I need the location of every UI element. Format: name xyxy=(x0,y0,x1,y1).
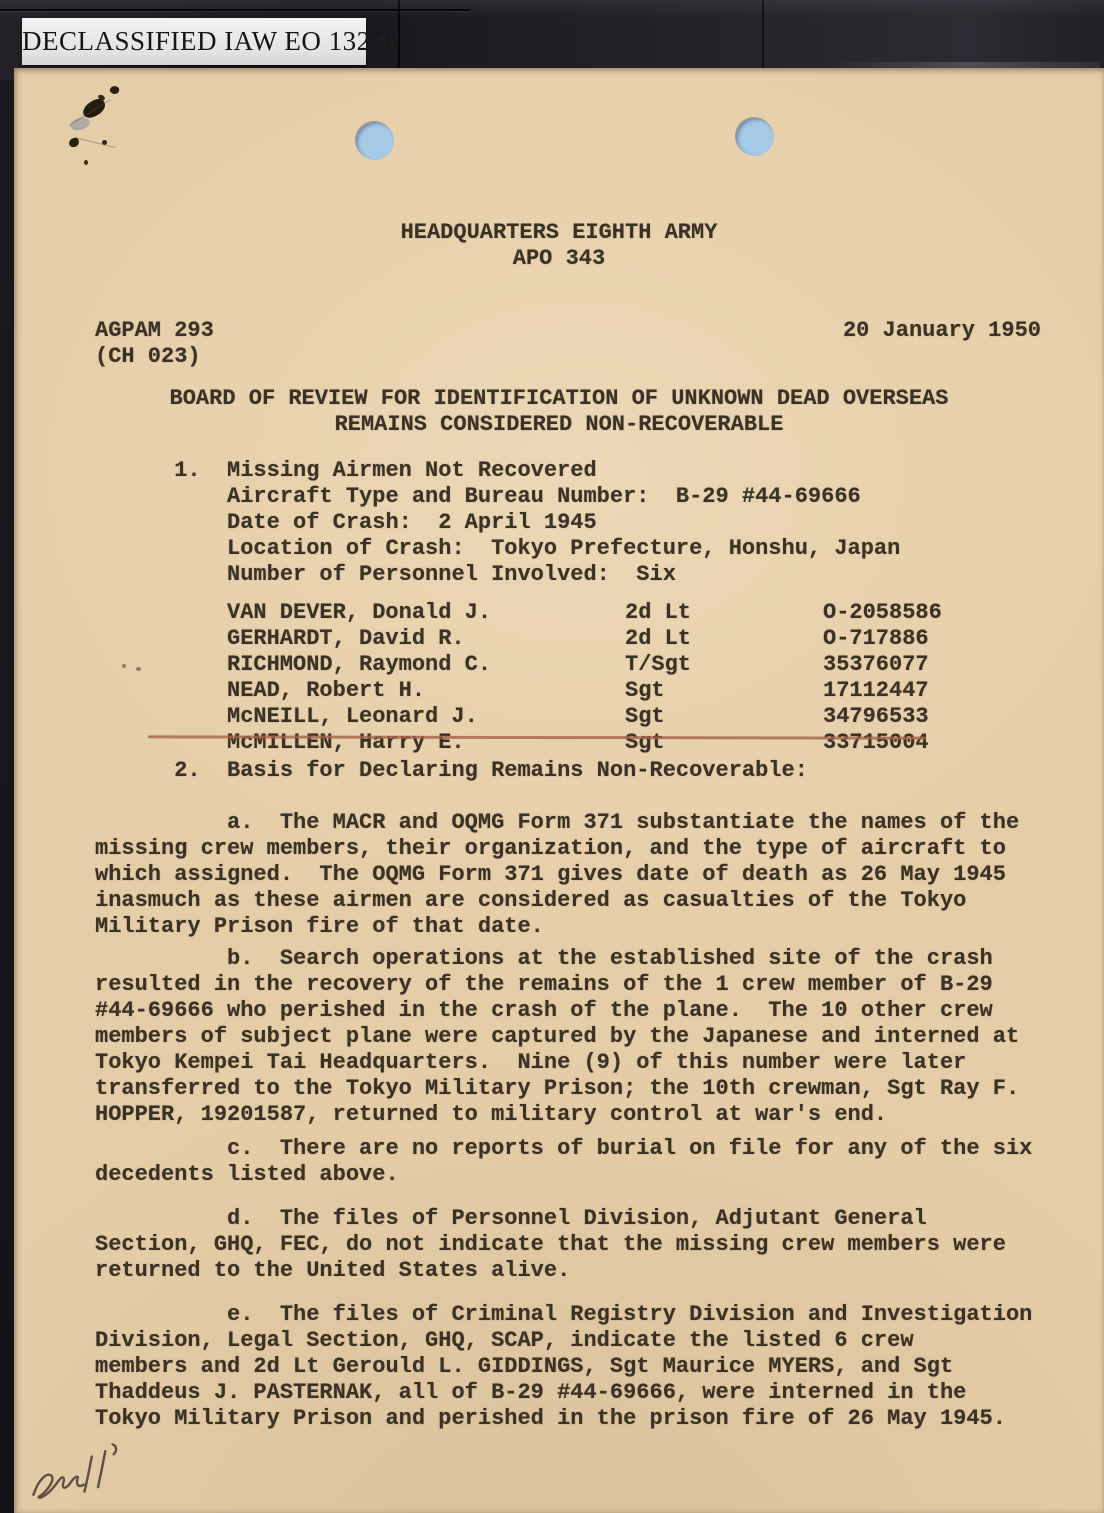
file-reference-line1: AGPAM 293 xyxy=(95,318,214,344)
section-2-title: 2. Basis for Declaring Remains Non-Recov… xyxy=(95,758,808,784)
personnel-serial: 17112447 xyxy=(823,678,1055,704)
section-1-text: 1. Missing Airmen Not Recovered Aircraft… xyxy=(95,458,900,588)
paragraph-d: d. The files of Personnel Division, Adju… xyxy=(95,1206,1006,1284)
paragraph-e: e. The files of Criminal Registry Divisi… xyxy=(95,1302,1032,1432)
document-date: 20 January 1950 xyxy=(843,318,1041,344)
letterhead-line2: APO 343 xyxy=(14,246,1104,272)
personnel-serial: 35376077 xyxy=(823,652,1055,678)
personnel-name: NEAD, Robert H. xyxy=(227,678,625,704)
document-page: HEADQUARTERS EIGHTH ARMY APO 343 AGPAM 2… xyxy=(14,68,1104,1513)
table-row: RICHMOND, Raymond C. T/Sgt 35376077 xyxy=(95,652,1055,678)
table-row-underlined: McNEILL, Leonard J. Sgt 34796533 xyxy=(95,704,1055,730)
handwritten-annotation: Incl 1 xyxy=(19,1440,140,1513)
paragraph-e-text: e. The files of Criminal Registry Divisi… xyxy=(95,1302,1032,1432)
paragraph-c-text: c. There are no reports of burial on fil… xyxy=(95,1136,1032,1188)
subject-line2: REMAINS CONSIDERED NON-RECOVERABLE xyxy=(14,412,1104,438)
letterhead-line1: HEADQUARTERS EIGHTH ARMY xyxy=(14,220,1104,246)
hole-punch-right xyxy=(736,118,774,156)
personnel-name: GERHARDT, David R. xyxy=(227,626,625,652)
table-row: GERHARDT, David R. 2d Lt O-717886 xyxy=(95,626,1055,652)
paragraph-d-text: d. The files of Personnel Division, Adju… xyxy=(95,1206,1006,1284)
subject-title: BOARD OF REVIEW FOR IDENTIFICATION OF UN… xyxy=(14,386,1104,438)
handwriting-scribble xyxy=(19,1440,140,1512)
personnel-table: VAN DEVER, Donald J. 2d Lt O-2058586 GER… xyxy=(95,600,1055,756)
file-reference-line2: (CH 023) xyxy=(95,344,1041,370)
declassified-stamp: DECLASSIFIED IAW EO 13256 xyxy=(22,18,366,65)
paragraph-c: c. There are no reports of burial on fil… xyxy=(95,1136,1032,1188)
table-row: McMILLEN, Harry E. Sgt 33715004 xyxy=(95,730,1055,756)
personnel-serial: O-2058586 xyxy=(823,600,1055,626)
personnel-rank: Sgt xyxy=(625,704,823,730)
personnel-rank: Sgt xyxy=(625,678,823,704)
ink-smudge xyxy=(84,160,88,165)
paragraph-b: b. Search operations at the established … xyxy=(95,946,1019,1128)
scanner-seam xyxy=(762,0,764,78)
personnel-serial: O-717886 xyxy=(823,626,1055,652)
table-row: NEAD, Robert H. Sgt 17112447 xyxy=(95,678,1055,704)
hole-punch-left xyxy=(356,122,394,160)
personnel-serial: 33715004 xyxy=(823,730,1055,756)
letterhead: HEADQUARTERS EIGHTH ARMY APO 343 xyxy=(14,220,1104,272)
paper-scratch xyxy=(75,137,116,148)
table-row: VAN DEVER, Donald J. 2d Lt O-2058586 xyxy=(95,600,1055,626)
section-1: 1. Missing Airmen Not Recovered Aircraft… xyxy=(95,458,900,588)
paragraph-b-text: b. Search operations at the established … xyxy=(95,946,1019,1128)
personnel-serial: 34796533 xyxy=(823,704,1055,730)
personnel-name: McMILLEN, Harry E. xyxy=(227,730,625,756)
paragraph-a: a. The MACR and OQMG Form 371 substantia… xyxy=(95,810,1019,940)
personnel-name: VAN DEVER, Donald J. xyxy=(227,600,625,626)
personnel-rank: 2d Lt xyxy=(625,626,823,652)
personnel-rank: 2d Lt xyxy=(625,600,823,626)
subject-line1: BOARD OF REVIEW FOR IDENTIFICATION OF UN… xyxy=(14,386,1104,412)
personnel-name: McNEILL, Leonard J. xyxy=(227,704,625,730)
ink-smudge xyxy=(109,85,120,96)
personnel-name: RICHMOND, Raymond C. xyxy=(227,652,625,678)
personnel-rank: T/Sgt xyxy=(625,652,823,678)
reference-date-block: AGPAM 293 20 January 1950 (CH 023) xyxy=(95,318,1041,370)
section-2-heading: 2. Basis for Declaring Remains Non-Recov… xyxy=(95,758,808,784)
paragraph-a-text: a. The MACR and OQMG Form 371 substantia… xyxy=(95,810,1019,940)
personnel-rank: Sgt xyxy=(625,730,823,756)
